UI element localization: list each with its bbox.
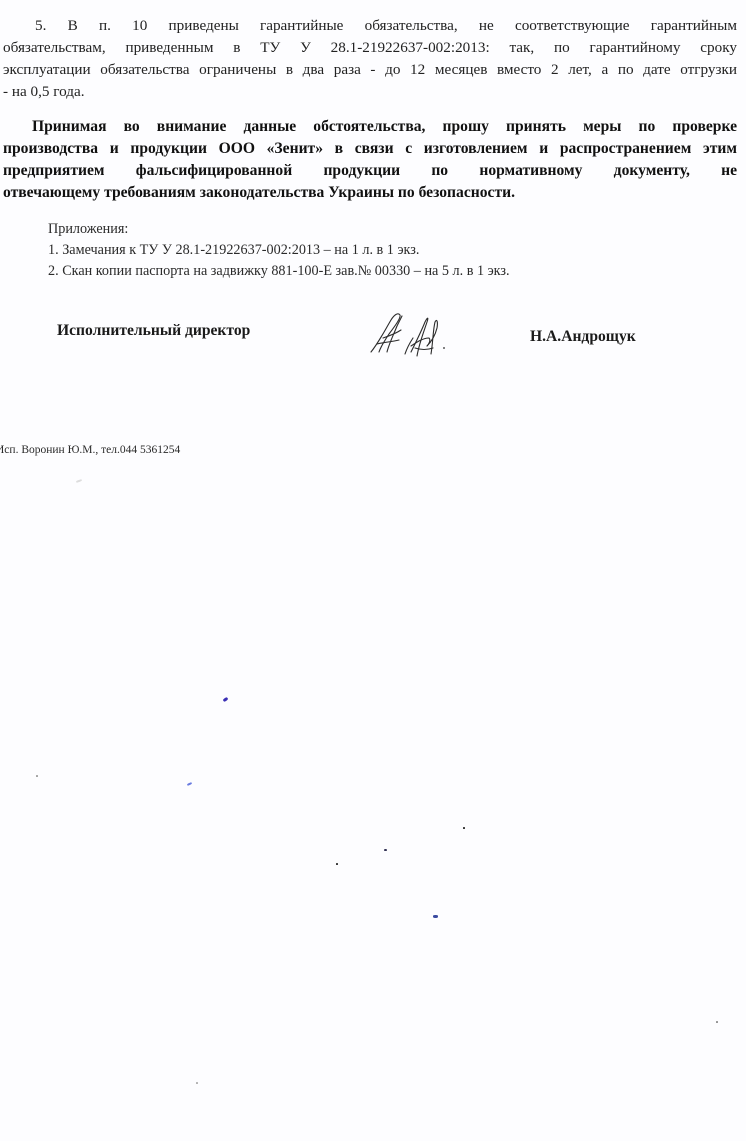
warranty-line: эксплуатации обязательства ограничены в … — [3, 59, 737, 81]
attachments-section: Приложения: 1. Замечания к ТУ У 28.1-219… — [48, 219, 510, 282]
signatory-name: Н.А.Андрощук — [530, 328, 636, 346]
warranty-line: 5. В п. 10 приведены гарантийные обязате… — [3, 15, 737, 37]
scan-speck — [76, 479, 82, 483]
scan-speck — [36, 775, 38, 777]
scan-speck — [716, 1021, 718, 1023]
scan-speck — [384, 849, 387, 851]
scan-speck — [463, 827, 465, 829]
attachments-heading: Приложения: — [48, 219, 510, 240]
request-paragraph: Принимая во внимание данные обстоятельст… — [3, 116, 737, 204]
scan-speck — [433, 915, 438, 918]
attachment-item: 2. Скан копии паспорта на задвижку 881-1… — [48, 261, 510, 282]
warranty-paragraph: 5. В п. 10 приведены гарантийные обязате… — [3, 15, 737, 103]
attachment-item: 1. Замечания к ТУ У 28.1-21922637-002:20… — [48, 240, 510, 261]
signatory-title: Исполнительный директор — [57, 322, 250, 340]
request-line: предприятием фальсифицированной продукци… — [3, 160, 737, 182]
request-line: производства и продукции ООО «Зенит» в с… — [3, 138, 737, 160]
warranty-line: обязательствам, приведенным в ТУ У 28.1-… — [3, 37, 737, 59]
scan-speck — [187, 782, 192, 786]
handwritten-signature-icon — [365, 308, 455, 360]
executor-contact-note: Исп. Воронин Ю.М., тел.044 5361254 — [0, 444, 180, 456]
scan-speck — [223, 697, 229, 702]
signature-block: Исполнительный директор Н.А.Андрощук — [0, 310, 746, 360]
warranty-line: - на 0,5 года. — [3, 81, 737, 103]
scanned-letter-page: 5. В п. 10 приведены гарантийные обязате… — [0, 0, 746, 1141]
request-line: отвечающему требованиям законодательства… — [3, 182, 737, 204]
scan-speck — [336, 863, 338, 865]
scan-speck — [196, 1082, 198, 1084]
request-line: Принимая во внимание данные обстоятельст… — [3, 116, 737, 138]
